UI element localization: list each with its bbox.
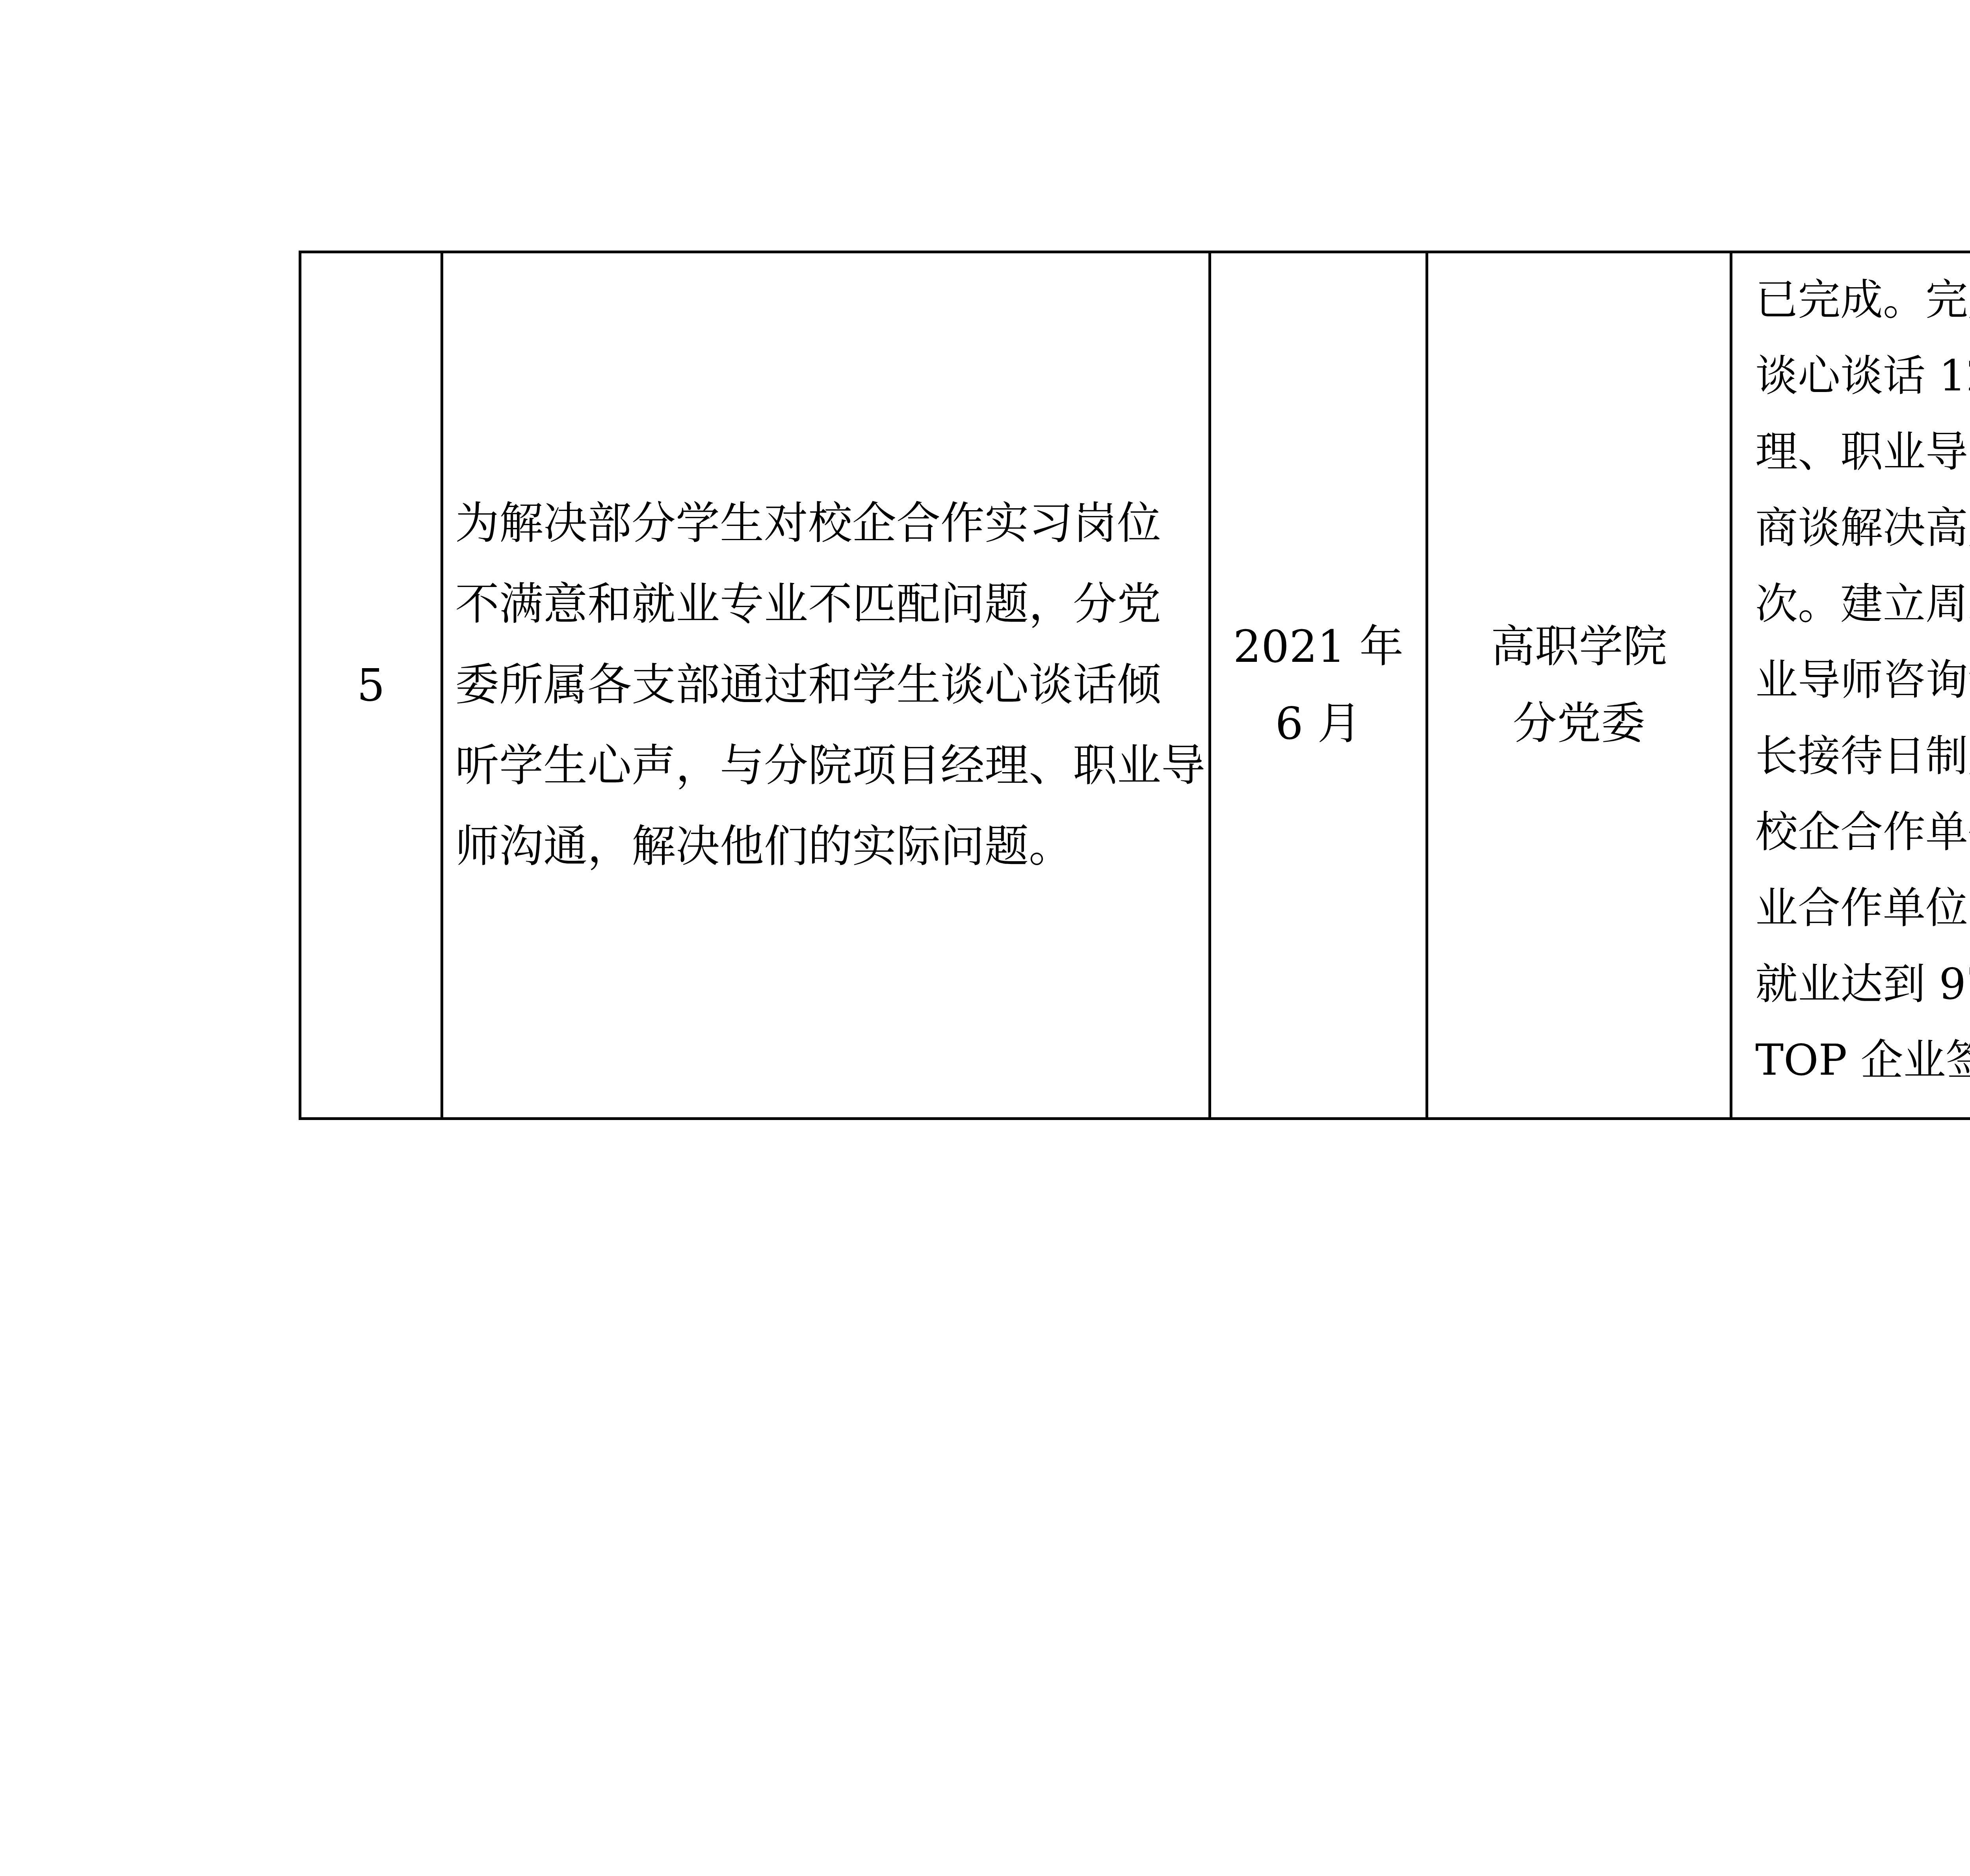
status-line: 就业达到 97.66%，其中毕业生 — [1755, 946, 1970, 1022]
status-line: 业合作单位 40 多家。分院统计 — [1755, 870, 1970, 946]
status-line: 次。建立周三分院项目经理职 — [1755, 566, 1970, 642]
task-line: 委所属各支部通过和学生谈心谈话倾 — [455, 645, 1161, 726]
table-cell-date: 2021 年 6 月 — [1208, 253, 1425, 1117]
document-page: 5 为解决部分学生对校企合作实习岗位 不满意和就业专业不匹配问题，分党 委所属各… — [0, 0, 1970, 1876]
status-line: TOP 企业签约率占 10.03%。 — [1755, 1022, 1970, 1098]
table-cell-index: 5 — [301, 253, 440, 1117]
task-line: 不满意和就业专业不匹配问题，分党 — [455, 564, 1161, 645]
status-line: 业导师咨询制度。建立季度院 — [1755, 642, 1970, 718]
status-line: 已完成。完成针对校企合作和 — [1755, 262, 1970, 338]
status-line: 谈心谈话 120 次。分院项目经 — [1755, 338, 1970, 414]
task-line: 师沟通，解决他们的实际问题。 — [455, 806, 1073, 887]
table-cell-task-description: 为解决部分学生对校企合作实习岗位 不满意和就业专业不匹配问题，分党 委所属各支部… — [440, 253, 1208, 1117]
status-line: 商谈解决高质量实习就业 25 — [1755, 490, 1970, 566]
work-report-table: 5 为解决部分学生对校企合作实习岗位 不满意和就业专业不匹配问题，分党 委所属各… — [299, 251, 1970, 1120]
status-line: 理、职业导师和校企合作单位 — [1755, 414, 1970, 490]
table-cell-responsible-unit: 高职学院 分党委 — [1425, 253, 1730, 1117]
task-line: 为解决部分学生对校企合作实习岗位 — [455, 483, 1161, 564]
row-index: 5 — [357, 660, 385, 711]
status-line: 校企合作单位 70 余家，TOP 企 — [1755, 794, 1970, 870]
table-cell-completion-status: 已完成。完成针对校企合作和 谈心谈话 120 次。分院项目经 理、职业导师和校企… — [1730, 253, 1970, 1117]
unit-line: 高职学院 — [1491, 609, 1667, 685]
unit-line: 分党委 — [1513, 685, 1645, 762]
date-line: 2021 年 — [1233, 609, 1404, 685]
task-line: 听学生心声，与分院项目经理、职业导 — [455, 726, 1205, 806]
date-line: 6 月 — [1275, 685, 1362, 762]
status-line: 长接待日制度。截止目前，建立 — [1755, 718, 1970, 794]
